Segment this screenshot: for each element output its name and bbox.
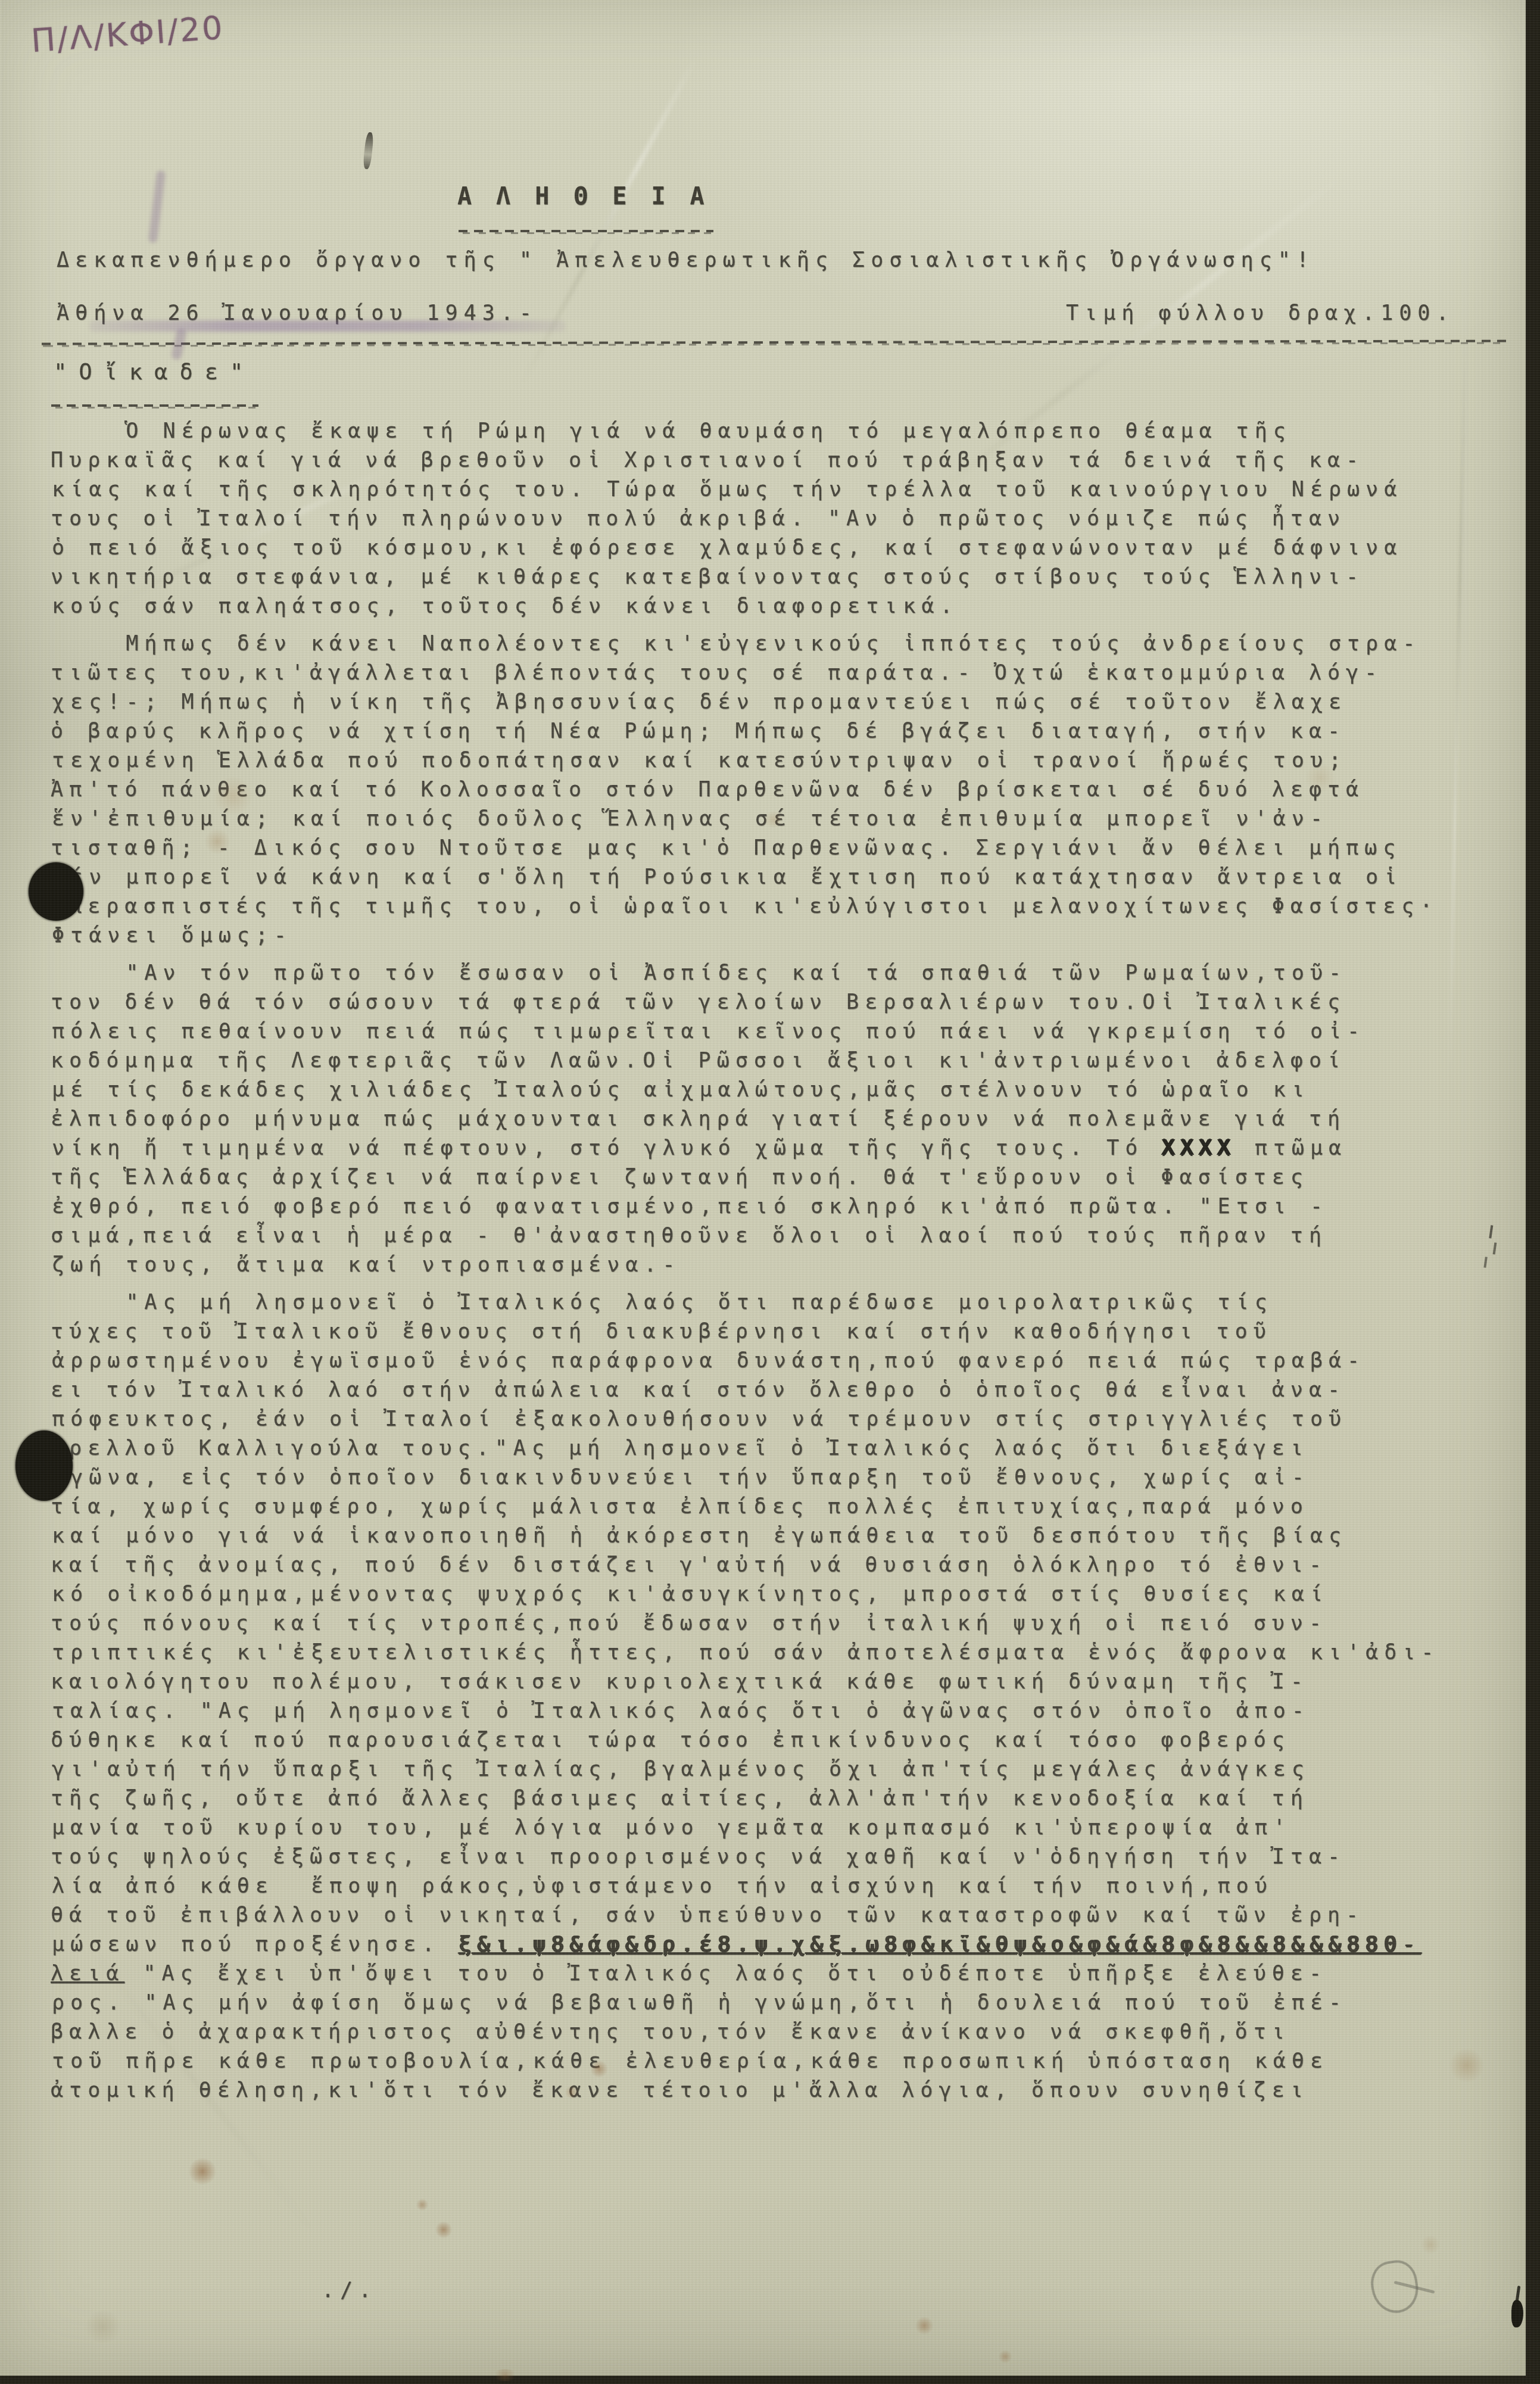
text-line: κίας καί τῆς σκληρότητός του. Τώρα ὅμως … (52, 475, 1493, 504)
overstruck-text: ΧΧΧΧ (1162, 1136, 1236, 1160)
text-line: δύθηκε καί πού παρουσιάζεται τώρα τόσο ἐ… (51, 1726, 1492, 1755)
text-line: "Αν τόν πρῶτο τόν ἔσωσαν οἱ Ἀσπίδες καί … (52, 959, 1493, 988)
issue-price: Τιμή φύλλου δραχ.100. (1066, 299, 1455, 328)
text-line: ἐλπιδοφόρο μήνυμα πώς μάχουνται σκληρά γ… (51, 1105, 1492, 1134)
text-line: ἀγῶνα, εἰς τόν ὁποῖον διακινδυνεύει τήν … (52, 1463, 1493, 1492)
text-line: λία ἀπό κάθε ἔποψη ράκος,ὑφιστάμενο τήν … (52, 1872, 1493, 1901)
paragraph: "Ας μή λησμονεῖ ὁ Ἰταλικός λαός ὅτι παρέ… (51, 1288, 1492, 2105)
masthead-subtitle: Δεκαπενθήμερο ὄργανο τῆς " Ἀπελευθερωτικ… (57, 246, 1315, 275)
text-line: καί μόνο γιά νά ἱκανοποιηθῆ ἡ ἀκόρεστη ἐ… (52, 1522, 1493, 1551)
text-line: τύχες τοῦ Ἰταλικοῦ ἔθνους στή διακυβέρνη… (51, 1317, 1492, 1347)
text-segment: "Ας ἔχει ὑπ'ὄψει του ὁ Ἰταλικός λαός ὅτι… (124, 1962, 1327, 1986)
article-body: Ὁ Νέρωνας ἔκαψε τή Ρώμη γιά νά θαυμάση τ… (51, 417, 1492, 2114)
paper-edge-highlight (0, 0, 1, 249)
title-underline-dashes (459, 229, 713, 235)
text-line: μώσεων πού προξένησε. ξ&ι.ψ8&άφ&δρ.έ8.ψ.… (52, 1930, 1493, 1959)
text-line: ει τόν Ἰταλικό λαό στήν ἀπώλεια καί στόν… (51, 1376, 1492, 1405)
paragraph: Μήπως δέν κάνει Ναπολέοντες κι'εὐγενικού… (51, 629, 1492, 951)
text-line: τῆς ζωῆς, οὔτε ἀπό ἄλλες βάσιμες αἰτίες,… (51, 1784, 1492, 1813)
text-line: νικητήρια στεφάνια, μέ κιθάρες κατεβαίνο… (51, 563, 1492, 592)
text-line: τῆς Ἑλλάδας ἀρχίζει νά παίρνει ζωντανή π… (51, 1163, 1492, 1192)
pencil-underline-date (89, 320, 566, 332)
text-line: ζωή τους, ἄτιμα καί ντροπιασμένα.- (52, 1251, 1493, 1280)
text-line: μέ τίς δεκάδες χιλιάδες Ἰταλούς αἰχμαλώτ… (52, 1076, 1493, 1105)
ink-blot (15, 1431, 73, 1501)
article-heading: "Οἴκαδε" (54, 357, 255, 387)
overstruck-text: ξ&ι.ψ8&άφ&δρ.έ8.ψ.χ&ξ.ω8φ&κϊ&θψ&ο&φ&ά&8φ… (459, 1933, 1421, 1956)
text-line: τιῶτες του,κι'ἀγάλλεται βλέποντάς τους σ… (51, 659, 1492, 688)
text-line: ἐχθρό, πειό φοβερό πειό φανατισμένο,πειό… (52, 1192, 1493, 1221)
text-line: τους οἱ Ἰταλοί τήν πληρώνουν πολύ ἀκριβά… (51, 504, 1492, 534)
text-line: μανία τοῦ κυρίου του, μέ λόγια μόνο γεμᾶ… (52, 1813, 1493, 1843)
text-line: Ὁ Νέρωνας ἔκαψε τή Ρώμη γιά νά θαυμάση τ… (52, 417, 1493, 446)
text-line: ἀτομική θέληση,κι'ὅτι τόν ἔκανε τέτοιο μ… (51, 2076, 1492, 2105)
text-line: ρος. "Ας μήν ἀφίση ὅμως νά βεβαιωθῆ ἡ γν… (52, 1989, 1493, 2018)
text-line: τία, χωρίς συμφέρο, χωρίς μάλιστα ἐλπίδε… (51, 1492, 1492, 1522)
text-line: πόλεις πεθαίνουν πειά πώς τιμωρεῖται κεῖ… (52, 1017, 1493, 1046)
text-line: καιολόγητου πολέμου, τσάκισεν κυριολεχτι… (51, 1668, 1492, 1697)
text-line: τούς πόνους καί τίς ντροπές,πού ἔδωσαν σ… (51, 1609, 1492, 1638)
newspaper-title: ΑΛΗΘΕΙΑ (457, 182, 729, 211)
text-line: νίκη ἤ τιμημένα νά πέφτουν, στό γλυκό χῶ… (52, 1134, 1493, 1163)
text-segment: μώσεων πού προξένησε. (52, 1933, 459, 1956)
paragraph: Ὁ Νέρωνας ἔκαψε τή Ρώμη γιά νά θαυμάση τ… (51, 417, 1492, 621)
text-line: θά τοῦ ἐπιβάλλουν οἱ νικηταί, σάν ὑπεύθυ… (51, 1901, 1492, 1930)
heading-underline-dashes (51, 404, 258, 409)
ink-blot (29, 862, 83, 921)
text-line: δέν μπορεῖ νά κάνη καί σ'ὅλη τή Ρούσικια… (52, 863, 1493, 892)
text-segment: πτῶμα (1236, 1136, 1347, 1160)
text-line: βαλλε ὁ ἀχαρακτήριστος αὐθέντης του,τόν … (51, 2018, 1492, 2047)
text-line: ὁ πειό ἄξιος τοῦ κόσμου,κι ἐφόρεσε χλαμύ… (52, 534, 1493, 563)
paragraph: "Αν τόν πρῶτο τόν ἔσωσαν οἱ Ἀσπίδες καί … (51, 959, 1492, 1280)
text-line: κούς σάν παληάτσος, τοῦτος δέν κάνει δια… (52, 592, 1493, 621)
text-line: Ἀπ'τό πάνθεο καί τό Κολοσσαῖο στόν Παρθε… (51, 775, 1492, 805)
text-line: τριπτικές κι'ἐξευτελιστικές ἧττες, πού σ… (52, 1638, 1493, 1668)
text-line: "Ας μή λησμονεῖ ὁ Ἰταλικός λαός ὅτι παρέ… (52, 1288, 1493, 1317)
overstruck-text: λειά (51, 1962, 124, 1986)
text-line: τοῦ πῆρε κάθε πρωτοβουλία,κάθε ἐλευθερία… (52, 2047, 1493, 2076)
text-line: τον δέν θά τόν σώσουν τά φτερά τῶν γελοί… (51, 988, 1492, 1017)
text-line: τεχομένη Ἑλλάδα πού ποδοπάτησαν καί κατε… (52, 746, 1493, 775)
text-line: τισταθῆ; - Δικός σου Ντοῦτσε μας κι'ὁ Πα… (51, 834, 1492, 863)
text-line: ταλίας. "Ας μή λησμονεῖ ὁ Ἰταλικός λαός … (52, 1697, 1493, 1726)
text-line: χες!-; Μήπως ἡ νίκη τῆς Ἀβησσυνίας δέν π… (52, 688, 1493, 717)
continuation-mark: ./. (322, 2276, 377, 2305)
text-line: λειά "Ας ἔχει ὑπ'ὄψει του ὁ Ἰταλικός λαό… (51, 1959, 1492, 1989)
text-line: κοδόμημα τῆς Λεφτεριᾶς τῶν Λαῶν.Οἱ Ρῶσσο… (51, 1046, 1492, 1076)
text-line: κό οἰκοδόμημα,μένοντας ψυχρός κι'ἀσυγκίν… (52, 1580, 1493, 1609)
scanned-document-page: { "colors": { "paper": "#cfcfb8", "ink":… (0, 0, 1540, 2384)
text-line: τούς ψηλούς ἐξῶστες, εἶναι προορισμένος … (51, 1843, 1492, 1872)
text-line: καί τῆς ἀνομίας, πού δέν διστάζει γ'αὐτή… (51, 1551, 1492, 1580)
text-line: ὑπερασπιστές τῆς τιμῆς του, οἱ ὡραῖοι κι… (51, 892, 1492, 921)
text-line: ἀρρωστημένου ἐγωϊσμοῦ ἑνός παράφρονα δυν… (52, 1347, 1493, 1376)
text-line: Πυρκαϊᾶς καί γιά νά βρεθοῦν οἱ Χριστιανο… (51, 446, 1492, 475)
text-line: γι'αὐτή τήν ὕπαρξι τῆς Ἰταλίας, βγαλμένο… (52, 1755, 1493, 1784)
text-line: Μήπως δέν κάνει Ναπολέοντες κι'εὐγενικού… (52, 629, 1493, 659)
text-line: ὁ βαρύς κλῆρος νά χτίση τή Νέα Ρώμη; Μήπ… (51, 717, 1492, 746)
text-line: ἕν'ἐπιθυμία; καί ποιός δοῦλος Ἕλληνας σέ… (52, 805, 1493, 834)
text-line: σιμά,πειά εἶναι ἡ μέρα - θ'ἀναστηθοῦνε ὅ… (51, 1221, 1492, 1251)
text-line: Φτάνει ὅμως;- (52, 921, 1493, 951)
text-segment: νίκη ἤ τιμημένα νά πέφτουν, στό γλυκό χῶ… (52, 1136, 1162, 1160)
text-line: πόφευκτος, ἐάν οἱ Ἰταλοί ἐξακολουθήσουν … (52, 1405, 1493, 1434)
text-line: τρελλοῦ Καλλιγούλα τους."Ας μή λησμονεῖ … (51, 1434, 1492, 1463)
